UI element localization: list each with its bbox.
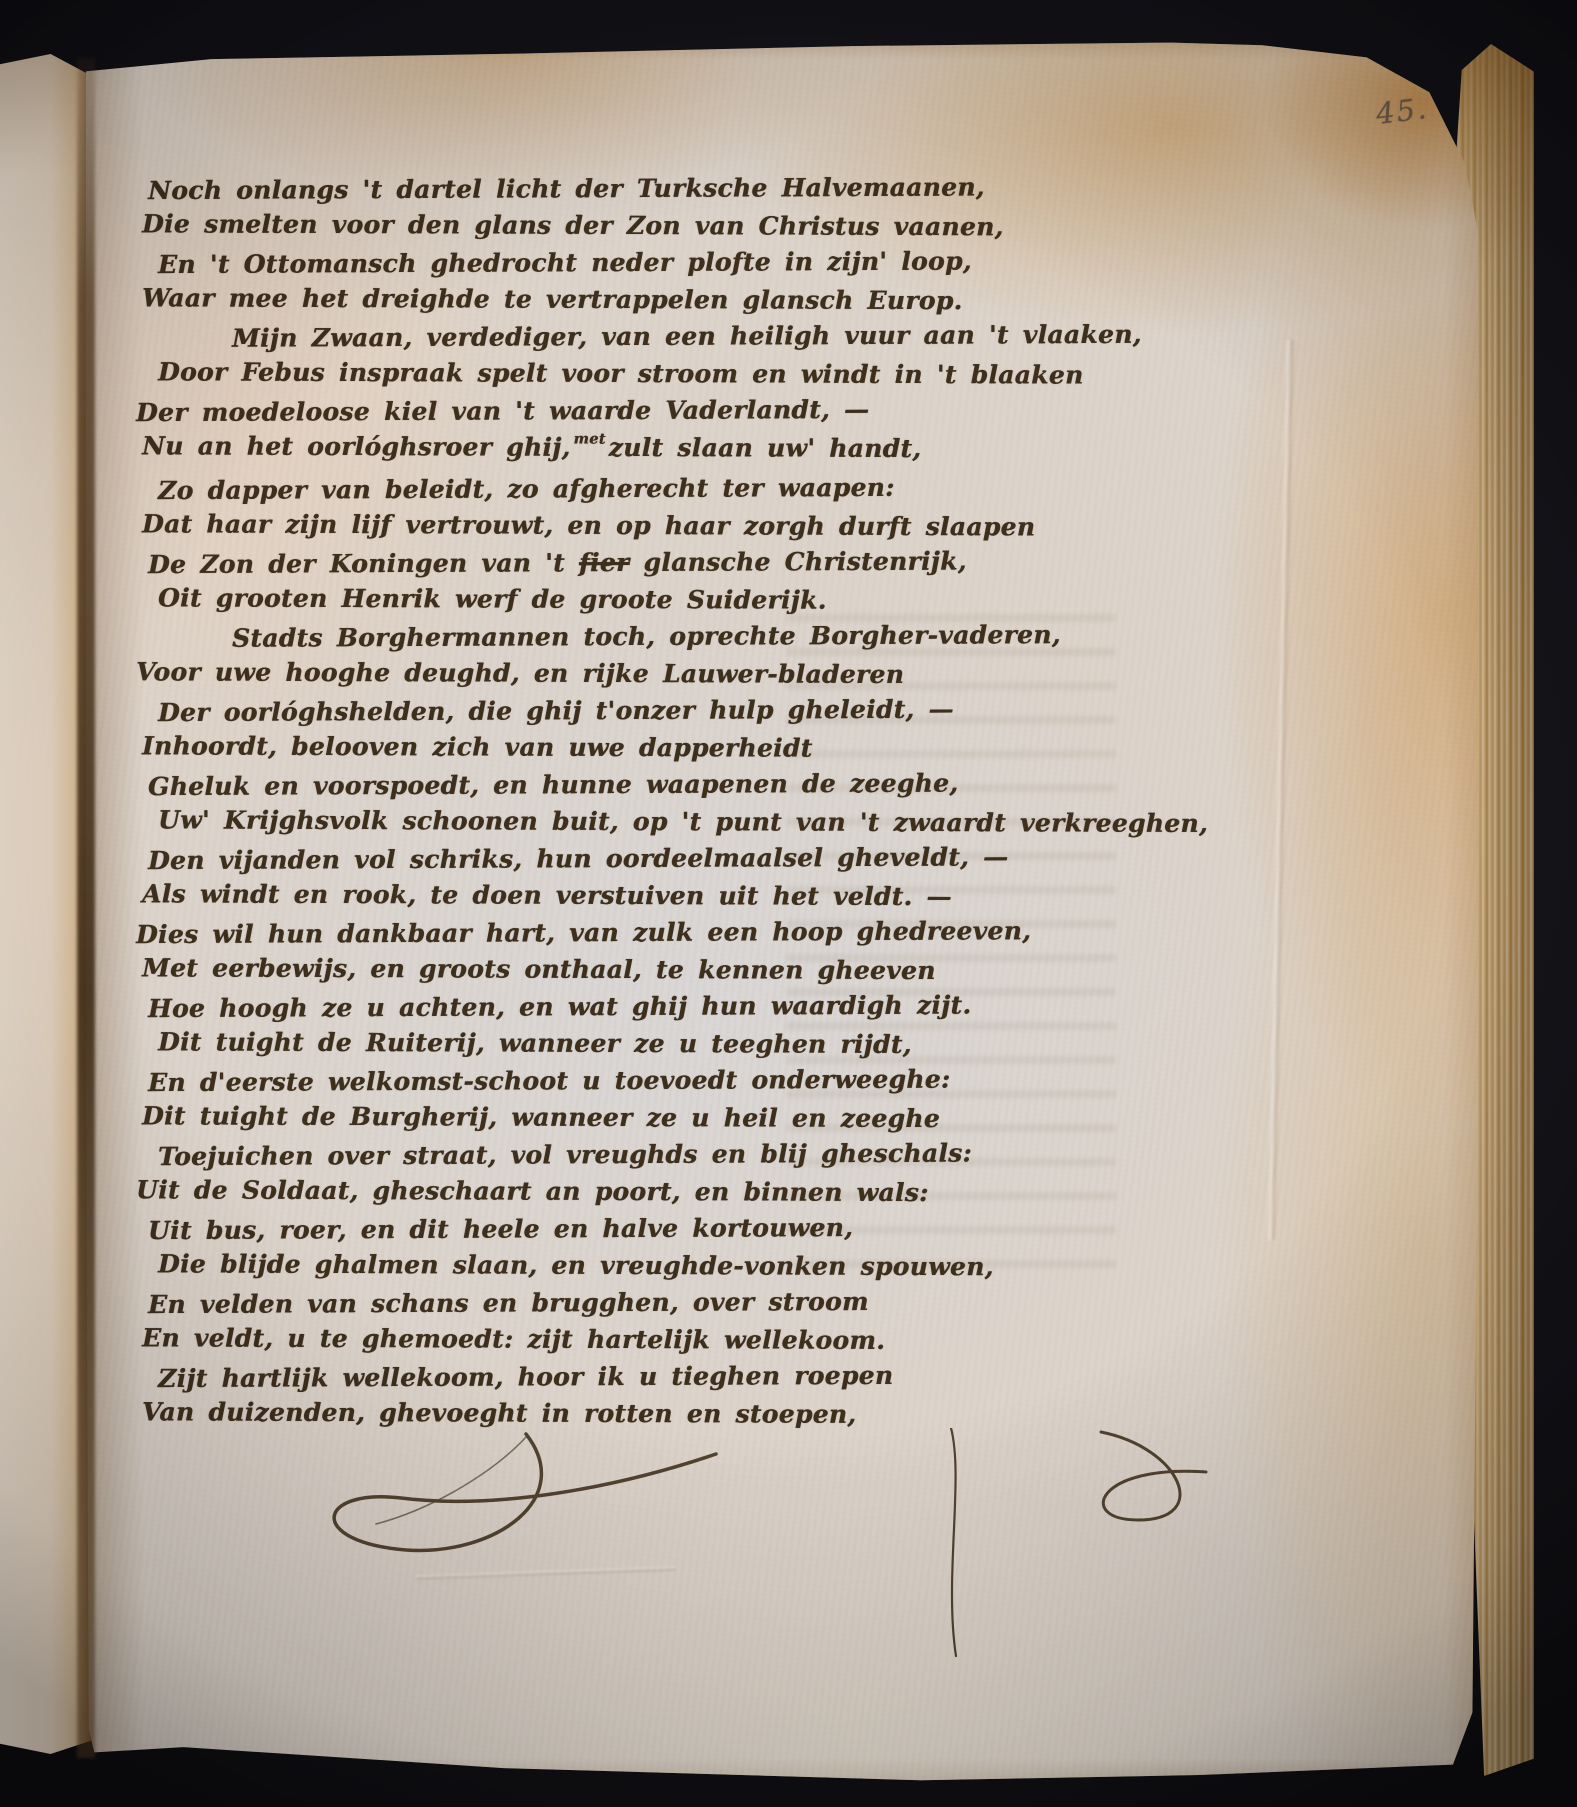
paper-crease [1267,340,1296,1240]
line-text: Nu an het oorlóghsroer ghij, [142,431,571,461]
line-text: Die smelten voor den glans der Zon van C… [142,209,1004,241]
manuscript-photo: 45. Noch onlangs 't dartel licht der Tur… [0,0,1577,1807]
line-text: Den vijanden vol schriks, hun oordeelmaa… [148,842,1008,875]
text-line: Uit de Soldaat, gheschaart an poort, en … [136,1171,1108,1211]
text-line: Dit tuight de Ruiterij, wanneer ze u tee… [158,1023,1108,1063]
line-text: zult slaan uw' handt, [609,433,922,463]
line-text: Die blijde ghalmen slaan, en vreughde-vo… [158,1249,994,1281]
line-text: Uit de Soldaat, gheschaart an poort, en … [136,1175,929,1207]
text-line: Die smelten voor den glans der Zon van C… [142,205,1108,245]
pen-flourish [196,1428,1236,1678]
text-line: Inhoordt, belooven zich van uwe dapperhe… [142,727,1108,767]
text-line: Der oorlóghshelden, die ghij t'onzer hul… [158,690,1108,731]
text-line: Als windt en rook, te doen verstuiven ui… [142,875,1108,915]
line-text: glansche Christenrijk, [629,547,966,577]
text-line: Stadts Borghermannen toch, oprechte Borg… [148,616,1108,657]
text-line: En veldt, u te ghemoedt: zijt hartelijk … [142,1319,1108,1359]
line-text: Met eerbewijs, en groots onthaal, te ken… [142,953,936,985]
text-line: Toejuichen over straat, vol vreughds en … [158,1134,1108,1175]
inserted-word: met [573,420,605,457]
text-line: En d'eerste welkomst-schoot u toevoedt o… [148,1060,1108,1101]
text-line: Nu an het oorlóghsroer ghij,metzult slaa… [142,427,1108,471]
text-line: Die blijde ghalmen slaan, en vreughde-vo… [158,1245,1108,1285]
line-text: En 't Ottomansch ghedrocht neder plofte … [158,247,972,280]
line-text: Zo dapper van beleidt, zo afgherecht ter… [158,473,895,505]
text-line: Der moedeloose kiel van 't waarde Vaderl… [136,390,1108,431]
text-line: Mijn Zwaan, verdediger, van een heiligh … [148,316,1108,357]
line-text: En d'eerste welkomst-schoot u toevoedt o… [148,1065,951,1098]
line-text: En veldt, u te ghemoedt: zijt hartelijk … [142,1323,885,1355]
line-text: Uit bus, roer, en dit heele en halve kor… [148,1213,853,1245]
line-text: Van duizenden, ghevoeght in rotten en st… [142,1397,856,1428]
text-line: Hoe hoogh ze u achten, en wat ghij hun w… [148,986,1108,1027]
line-text: Dat haar zijn lijf vertrouwt, en op haar… [142,509,1035,541]
text-line: Gheluk en voorspoedt, en hunne waapenen … [148,764,1108,805]
handwritten-text: Noch onlangs 't dartel licht der Turksch… [148,170,1108,1432]
line-text: Dies wil hun dankbaar hart, van zulk een… [136,916,1031,949]
line-text: Noch onlangs 't dartel licht der Turksch… [148,172,985,205]
text-line: Voor uwe hooghe deughd, en rijke Lauwer-… [136,653,1108,693]
line-text: Der moedeloose kiel van 't waarde Vaderl… [136,395,869,427]
text-line: De Zon der Koningen van 't fier glansche… [148,542,1108,583]
text-line: Dit tuight de Burgherij, wanneer ze u he… [142,1097,1108,1137]
line-text: Waar mee het dreighde te vertrappelen gl… [142,283,963,315]
line-text: Oit grooten Henrik werf de groote Suider… [158,583,827,614]
line-text: Dit tuight de Burgherij, wanneer ze u he… [142,1101,940,1133]
text-line: Dat haar zijn lijf vertrouwt, en op haar… [142,505,1108,545]
text-line: Dies wil hun dankbaar hart, van zulk een… [136,912,1108,953]
line-text: Inhoordt, belooven zich van uwe dapperhe… [142,731,813,762]
text-line: Waar mee het dreighde te vertrappelen gl… [142,279,1108,319]
line-text: Stadts Borghermannen toch, oprechte Borg… [232,620,1061,653]
text-line: Uit bus, roer, en dit heele en halve kor… [148,1208,1108,1249]
line-text: Door Febus inspraak spelt voor stroom en… [158,357,1084,389]
text-line: Zo dapper van beleidt, zo afgherecht ter… [158,468,1108,509]
line-text: Voor uwe hooghe deughd, en rijke Lauwer-… [136,657,904,689]
text-line: Met eerbewijs, en groots onthaal, te ken… [142,949,1108,989]
gutter-shadow [77,58,95,1758]
text-line: Uw' Krijghsvolk schoonen buit, op 't pun… [158,801,1108,841]
line-text: Toejuichen over straat, vol vreughds en … [158,1139,972,1172]
line-text: Als windt en rook, te doen verstuiven ui… [142,879,952,911]
text-line: Oit grooten Henrik werf de groote Suider… [158,579,1108,619]
line-text: Hoe hoogh ze u achten, en wat ghij hun w… [148,991,971,1024]
line-text: En velden van schans en brugghen, over s… [148,1287,869,1319]
page-number: 45. [1374,91,1430,131]
text-line: En velden van schans en brugghen, over s… [148,1282,1108,1323]
struck-word: fier [579,548,630,577]
text-line: Door Febus inspraak spelt voor stroom en… [158,353,1108,393]
text-line: Den vijanden vol schriks, hun oordeelmaa… [148,838,1108,879]
line-text: Gheluk en voorspoedt, en hunne waapenen … [148,769,958,802]
line-text: Der oorlóghshelden, die ghij t'onzer hul… [158,695,954,727]
line-text: De Zon der Koningen van 't [148,548,579,579]
line-text: Zijt hartlijk wellekoom, hoor ik u tiegh… [158,1361,893,1393]
text-line: Noch onlangs 't dartel licht der Turksch… [148,168,1108,209]
text-line: Zijt hartlijk wellekoom, hoor ik u tiegh… [158,1356,1108,1397]
line-text: Mijn Zwaan, verdediger, van een heiligh … [232,320,1142,353]
line-text: Uw' Krijghsvolk schoonen buit, op 't pun… [158,805,1208,838]
manuscript-page: 45. Noch onlangs 't dartel licht der Tur… [86,40,1478,1782]
line-text: Dit tuight de Ruiterij, wanneer ze u tee… [158,1027,912,1059]
text-line: En 't Ottomansch ghedrocht neder plofte … [158,242,1108,283]
